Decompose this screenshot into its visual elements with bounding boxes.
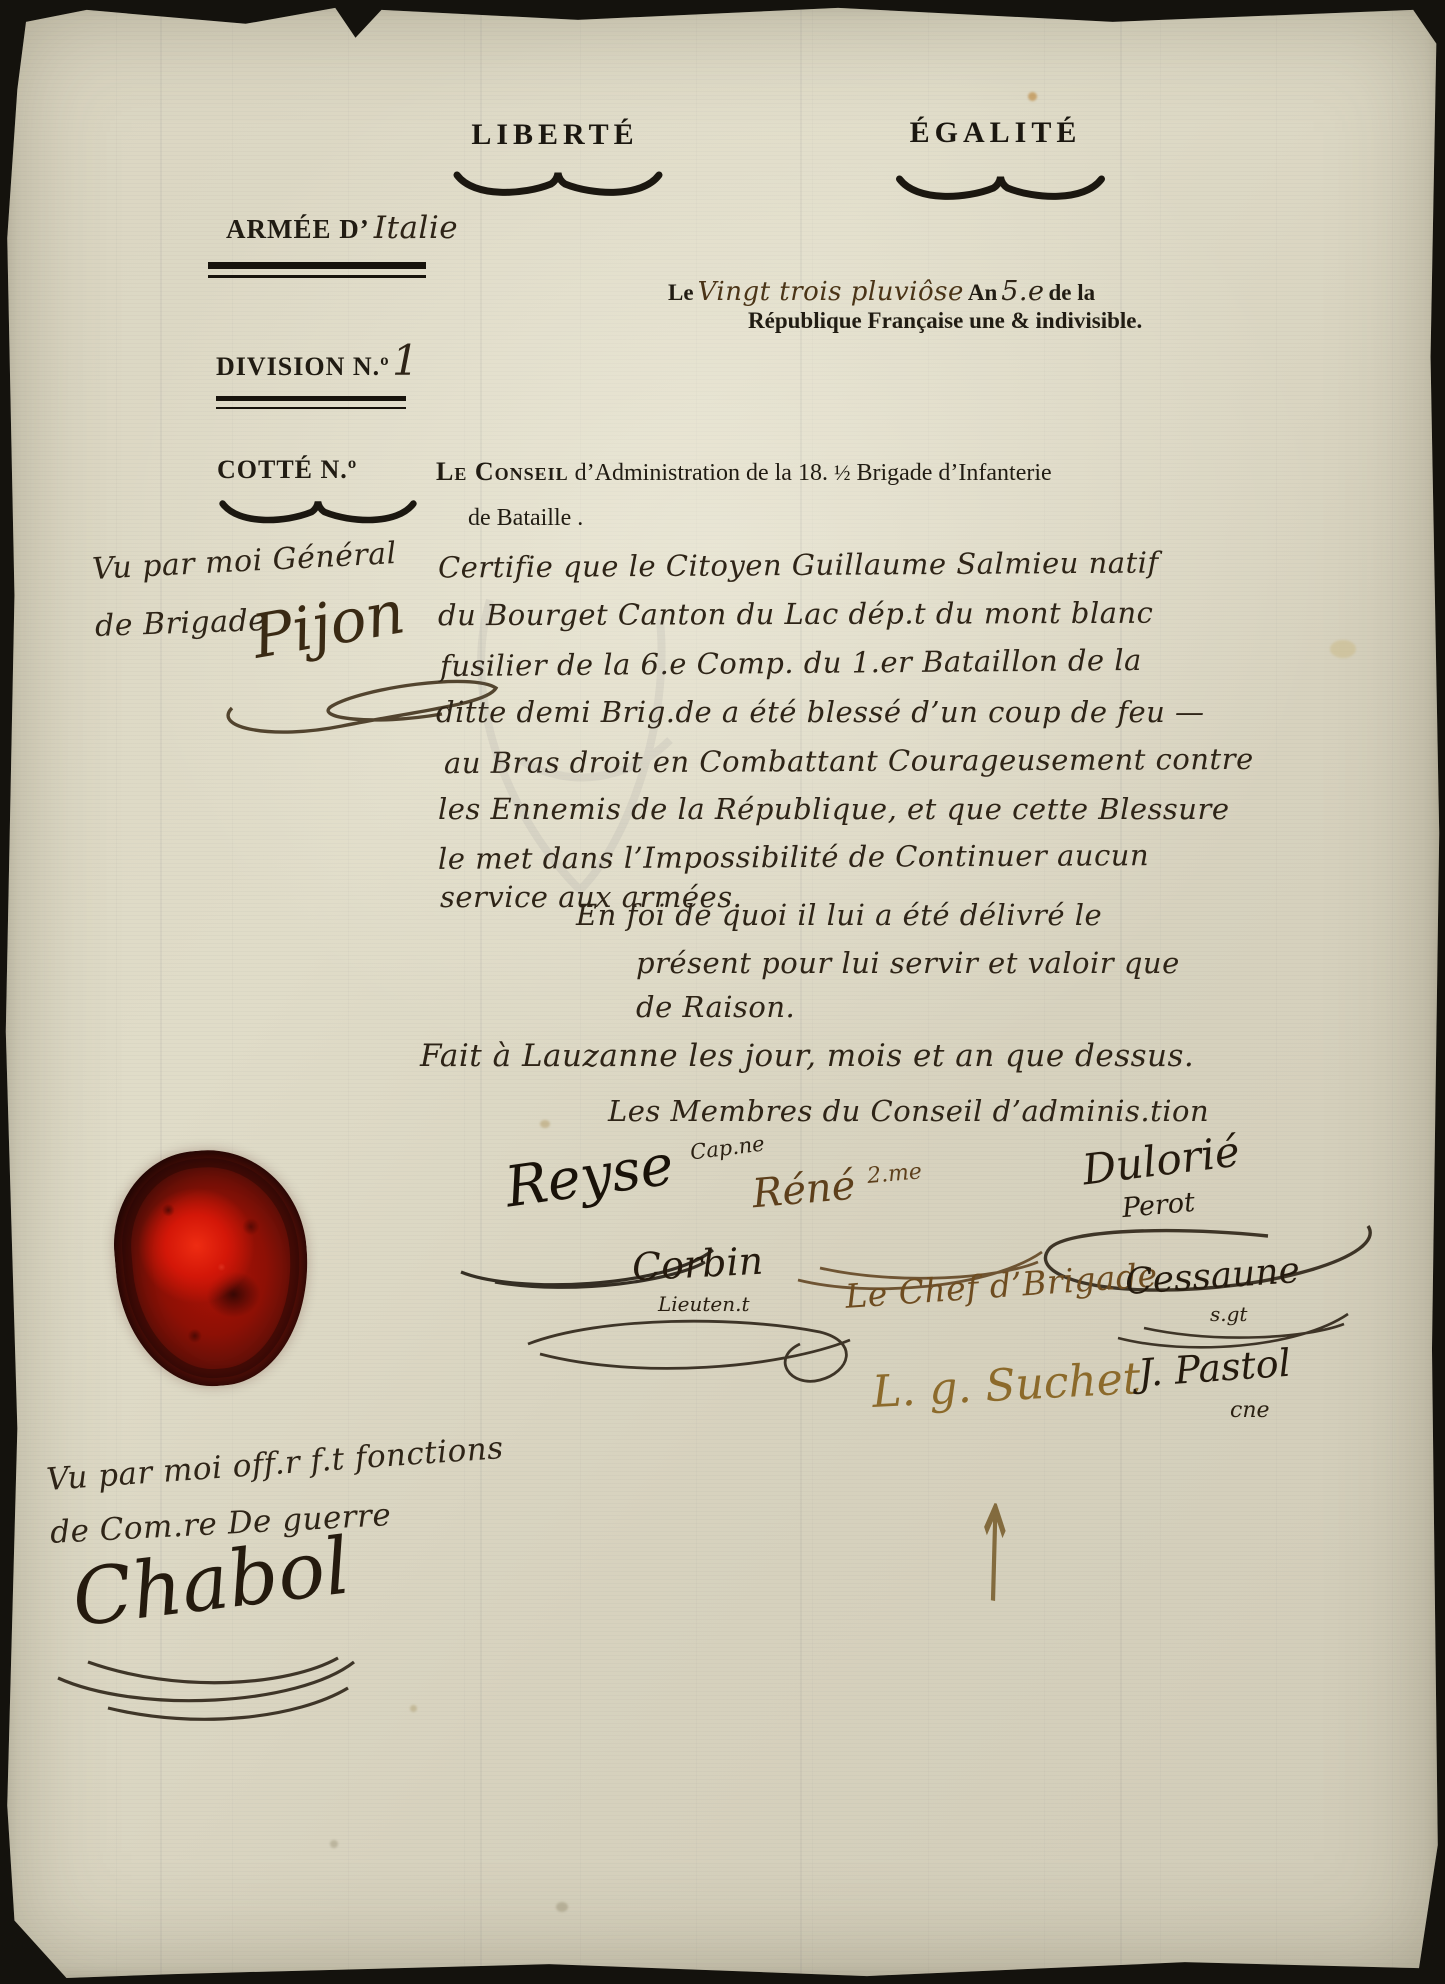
council-rest1: d’Administration de la 18.	[575, 460, 828, 486]
brace-ornament	[452, 168, 664, 204]
paper-crease	[480, 0, 482, 1984]
signature-reyse: Reyse	[501, 1133, 677, 1221]
attestation-line: présent pour lui servir et valoir que	[636, 946, 1180, 980]
dateline-line1: Le Vingt trois pluviôse An 5.e de la	[668, 276, 1095, 307]
signature-pastol: J. Pastol	[1137, 1341, 1292, 1396]
ghost-pencil-marks	[430, 560, 760, 940]
verso-note-line1: Vu par moi off.r f.t fonctions	[45, 1430, 504, 1498]
dateline-date-handwritten: Vingt trois pluviôse	[698, 277, 964, 307]
stain	[1028, 92, 1037, 101]
red-wax-seal	[106, 1142, 318, 1394]
margin-note-line2: de Brigade	[94, 603, 267, 644]
paper-crease	[1120, 0, 1122, 1984]
army-label: ARMÉE D’	[226, 214, 370, 244]
closing-fait-line: Fait à Lauzanne les jour, mois et an que…	[420, 1038, 1194, 1074]
dateline-year-handwritten: 5.e	[1001, 276, 1044, 307]
council-heading-line2: de Bataille .	[468, 505, 583, 532]
closing-membres-line: Les Membres du Conseil d’adminis.tion	[608, 1094, 1209, 1128]
army-value-handwritten: Italie	[374, 210, 458, 246]
dateline-le: Le	[668, 280, 694, 305]
attestation-line: de Raison.	[636, 990, 795, 1024]
brace-ornament	[210, 497, 426, 531]
signature-reyse-title: Cap.ne	[689, 1132, 766, 1165]
council-heading-line1: Le Conseil d’Administration de la 18. ½ …	[436, 457, 1052, 487]
stain	[330, 1840, 338, 1848]
masthead-liberte: LIBERTÉ	[470, 118, 640, 152]
masthead-egalite: ÉGALITÉ	[898, 116, 1093, 150]
council-fraction: ½	[834, 460, 851, 485]
brace-ornament	[893, 172, 1108, 208]
stain	[540, 1120, 550, 1128]
ink-arrow-mark: ↑	[971, 1473, 1017, 1636]
signature-rene: Réné 2.me	[750, 1157, 924, 1218]
signature-dulorie: Dulorié	[1080, 1127, 1243, 1195]
paper-sheet: LIBERTÉ ÉGALITÉ ARMÉE D’ Italie Le Vingt…	[0, 0, 1445, 1984]
division-number-handwritten: 1	[392, 336, 419, 385]
scanned-document: LIBERTÉ ÉGALITÉ ARMÉE D’ Italie Le Vingt…	[0, 0, 1445, 1984]
stain	[1330, 640, 1356, 658]
rule-under-army	[208, 262, 426, 278]
signature-flourish	[48, 1628, 368, 1738]
stain	[410, 1705, 417, 1712]
division-label: DIVISION N.º	[216, 352, 390, 382]
margin-note-line1: Vu par moi Général	[91, 536, 397, 587]
signature-rene-title: 2.me	[866, 1159, 923, 1189]
stain	[556, 1902, 568, 1912]
council-rest2: Brigade d’Infanterie	[856, 460, 1051, 486]
signature-corbin: Corbin	[631, 1239, 764, 1290]
dateline-dela: de la	[1049, 280, 1096, 305]
dateline-an: An	[968, 280, 997, 305]
signature-pastol-title: cne	[1230, 1398, 1270, 1423]
signature-rene-name: Réné	[750, 1163, 857, 1218]
rule-under-division	[216, 396, 406, 409]
dateline-line2: République Française une & indivisible.	[748, 308, 1142, 334]
cotte-label: COTTÉ N.º	[217, 455, 357, 485]
signature-suchet: L. g. Suchet	[871, 1353, 1142, 1418]
army-line: ARMÉE D’ Italie	[226, 210, 458, 246]
council-lead: Le Conseil	[436, 457, 569, 486]
signature-flourish	[520, 1288, 870, 1398]
